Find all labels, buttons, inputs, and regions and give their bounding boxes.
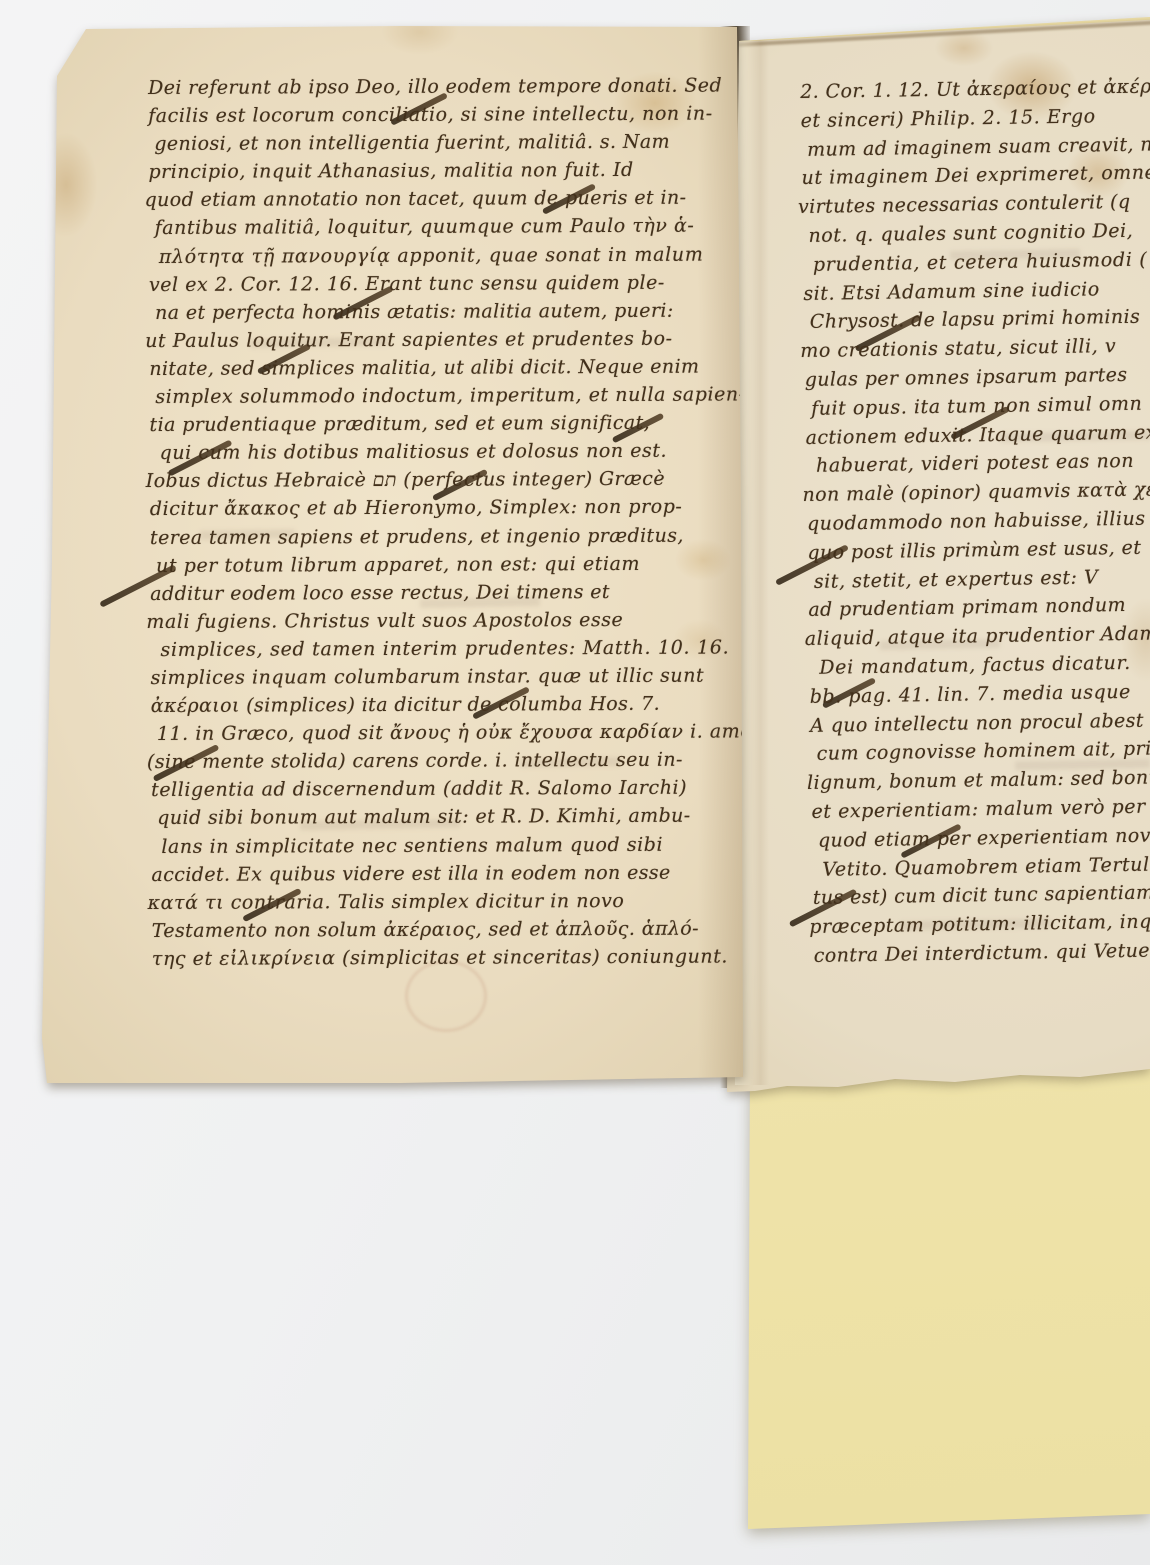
- manuscript-line: (sine mente stolida) carens corde. i. in…: [147, 746, 726, 777]
- manuscript-line: sit, stetit, et expertus est: V: [814, 562, 1150, 596]
- manuscript-line: non malè (opinor) quamvis κατὰ χε: [802, 475, 1150, 510]
- manuscript-line: ἀκέραιοι (simplices) ita dicitur de colu…: [151, 690, 726, 721]
- manuscript-line: contra Dei interdictum. qui Vetuer: [814, 936, 1150, 970]
- show-through-mark: [200, 529, 295, 540]
- manuscript-line: fantibus malitiâ, loquitur, quumque cum …: [155, 212, 724, 243]
- manuscript-line: aliquid, atque ita prudentior Adam: [805, 619, 1150, 654]
- manuscript-line: bb. pag. 41. lin. 7. media usque: [809, 677, 1150, 711]
- ink-flourish: [332, 285, 394, 320]
- ink-flourish: [472, 686, 530, 719]
- ink-flourish: [242, 888, 302, 922]
- manuscript-line: ut per totum librum apparet, non est: qu…: [156, 549, 725, 580]
- manuscript-line: tia prudentiaque præditum, sed et eum si…: [149, 409, 724, 440]
- page-top-edge-fold: [733, 10, 1150, 42]
- show-through-mark: [300, 819, 460, 831]
- manuscript-line: telligentia ad discernendum (addit R. Sa…: [151, 774, 726, 805]
- manuscript-line: Iobus dictus Hebraicè תם (perfectus inte…: [146, 465, 725, 496]
- ink-flourish: [153, 744, 220, 782]
- manuscript-line: quo post illis primùm est usus, et: [807, 533, 1150, 567]
- ink-flourish: [167, 439, 232, 476]
- show-through-mark: [520, 757, 620, 768]
- manuscript-line: Dei referunt ab ipso Deo, illo eodem tem…: [148, 71, 723, 102]
- right-page-text: 2. Cor. 1. 12. Ut ἀκεραίους et ἀκέραιοet…: [800, 72, 1150, 970]
- ink-flourish: [257, 343, 311, 375]
- manuscript-photo: 2. Cor. 1. 12. Ut ἀκεραίους et ἀκέραιοet…: [0, 0, 1150, 1565]
- manuscript-line: πλότητα τῇ πανουργίᾳ apponit, quae sonat…: [159, 240, 724, 271]
- ink-flourish: [432, 469, 488, 502]
- manuscript-line: fuit opus. ita tum non simul omn: [811, 389, 1150, 423]
- manuscript-line: geniosi, et non intelligentia fuerint, m…: [154, 128, 723, 159]
- right-page-layer: 2. Cor. 1. 12. Ut ἀκεραίους et ἀκέραιοet…: [0, 0, 1150, 1565]
- left-page-layer: Dei referunt ab ipso Deo, illo eodem tem…: [0, 0, 1150, 1565]
- ink-flourish: [542, 183, 596, 215]
- show-through-mark: [880, 639, 1000, 650]
- manuscript-line: vel ex 2. Cor. 12. 16. Erant tunc sensu …: [149, 268, 724, 299]
- manuscript-line: Testamento non solum ἀκέραιος, sed et ἁπ…: [152, 914, 727, 945]
- manuscript-line: mali fugiens. Christus vult suos Apostol…: [146, 605, 725, 636]
- manuscript-line: cum cognovisse hominem ait, priusqu: [816, 735, 1150, 769]
- manuscript-line: ut imaginem Dei exprimeret, omne: [801, 159, 1150, 193]
- manuscript-line: A quo intellectu non procul abest: [810, 706, 1150, 740]
- manuscript-line: Chrysost. de lapsu primi hominis: [810, 303, 1150, 337]
- manuscript-line: not. q. quales sunt cognitio Dei,: [808, 216, 1150, 250]
- manuscript-line: facilis est locorum conciliatio, si sine…: [148, 100, 723, 131]
- manuscript-line: accidet. Ex quibus videre est illa in eo…: [151, 858, 726, 889]
- manuscript-line: ad prudentiam primam nondum: [808, 591, 1150, 625]
- manuscript-line: na et perfecta hominis ætatis: malitia a…: [155, 296, 724, 327]
- left-manuscript-page: Dei referunt ab ipso Deo, illo eodem tem…: [0, 0, 1150, 1565]
- show-through-mark: [900, 919, 1050, 931]
- manuscript-line: simplices inquam columbarum instar. quæ …: [151, 661, 726, 692]
- manuscript-line: quid sibi bonum aut malum sit: et R. D. …: [157, 802, 726, 833]
- manuscript-line: virtutes necessarias contulerit (q: [798, 188, 1150, 223]
- page-gutter-shadow: [720, 26, 750, 1088]
- show-through-mark: [1000, 431, 1150, 443]
- manuscript-line: lans in simplicitate nec sentiens malum …: [161, 830, 726, 861]
- manuscript-line: mum ad imaginem suam creavit, non: [807, 130, 1150, 164]
- yellow-paper-sheet: [0, 0, 1150, 1565]
- manuscript-line: simplex solummodo indoctum, imperitum, e…: [155, 381, 724, 412]
- ink-flourish: [390, 92, 448, 125]
- manuscript-line: dicitur ἄκακος et ab Hieronymo, Simplex:…: [150, 493, 725, 524]
- ink-flourish: [789, 889, 858, 928]
- ink-flourish: [900, 823, 962, 858]
- manuscript-line: præceptam potitum: illicitam, inquam: [809, 907, 1150, 942]
- ink-flourish: [950, 406, 1010, 440]
- manuscript-line: et experientiam: malum verò per: [811, 792, 1150, 826]
- manuscript-line: της et εἰλικρίνεια (simplicitas et since…: [152, 942, 727, 973]
- manuscript-line: terea tamen sapiens et prudens, et ingen…: [150, 521, 725, 552]
- page-top-edge-shadow: [733, 20, 1150, 47]
- left-page-text: Dei referunt ab ipso Deo, illo eodem tem…: [148, 71, 727, 973]
- manuscript-line: additur eodem loco esse rectus, Dei time…: [150, 577, 725, 608]
- ink-flourish: [822, 677, 876, 709]
- manuscript-line: tus est) cum dicit tunc sapientiam: [813, 879, 1150, 913]
- manuscript-line: 11. in Græco, quod sit ἄνους ἡ οὐκ ἔχουσ…: [157, 718, 726, 749]
- manuscript-line: principio, inquit Athanasius, malitia no…: [148, 156, 723, 187]
- ink-flourish: [775, 544, 849, 586]
- ink-flourish: [612, 413, 665, 444]
- manuscript-line: habuerat, videri potest eas non: [816, 447, 1150, 481]
- manuscript-line: qui cum his dotibus malitiosus et dolosu…: [160, 437, 725, 468]
- manuscript-line: 2. Cor. 1. 12. Ut ἀκεραίους et ἀκέραιο: [800, 72, 1150, 106]
- manuscript-line: lignum, bonum et malum: sed bonu: [807, 763, 1150, 798]
- show-through-mark: [1015, 759, 1150, 770]
- manuscript-line: prudentia, et cetera huiusmodi (: [813, 245, 1150, 279]
- manuscript-line: actionem eduxit. Itaque quarum ex: [805, 418, 1150, 452]
- manuscript-line: ut Paulus loquitur. Erant sapientes et p…: [145, 324, 724, 355]
- ink-flourish: [855, 314, 922, 352]
- manuscript-line: gulas per omnes ipsarum partes: [805, 360, 1150, 394]
- yellow-sheet-layer: [0, 0, 1150, 1565]
- ink-flourish: [99, 564, 177, 607]
- manuscript-line: Vetito. Quamobrem etiam Tertulli: [822, 850, 1150, 884]
- library-stamp: [405, 960, 487, 1032]
- manuscript-line: nitate, sed simplices malitia, ut alibi …: [149, 352, 724, 383]
- manuscript-line: quodammodo non habuisse, illius v: [807, 504, 1150, 538]
- manuscript-line: quod etiam annotatio non tacet, quum de …: [144, 184, 723, 215]
- right-manuscript-page: 2. Cor. 1. 12. Ut ἀκεραίους et ἀκέραιοet…: [0, 0, 1150, 1565]
- manuscript-line: simplices, sed tamen interim prudentes: …: [160, 633, 725, 664]
- manuscript-line: et sinceri) Philip. 2. 15. Ergo: [800, 101, 1150, 135]
- manuscript-line: sit. Etsi Adamum sine iudicio: [803, 274, 1150, 308]
- show-through-mark: [950, 249, 1080, 260]
- manuscript-line: mo creationis statu, sicut illi, v: [800, 331, 1150, 366]
- show-through-mark: [250, 337, 390, 348]
- manuscript-line: Dei mandatum, factus dicatur.: [819, 648, 1150, 682]
- manuscript-line: quod etiam per experientiam noveri: [818, 821, 1150, 855]
- manuscript-line: κατά τι contraria. Talis simplex dicitur…: [148, 886, 727, 917]
- show-through-mark: [420, 597, 540, 608]
